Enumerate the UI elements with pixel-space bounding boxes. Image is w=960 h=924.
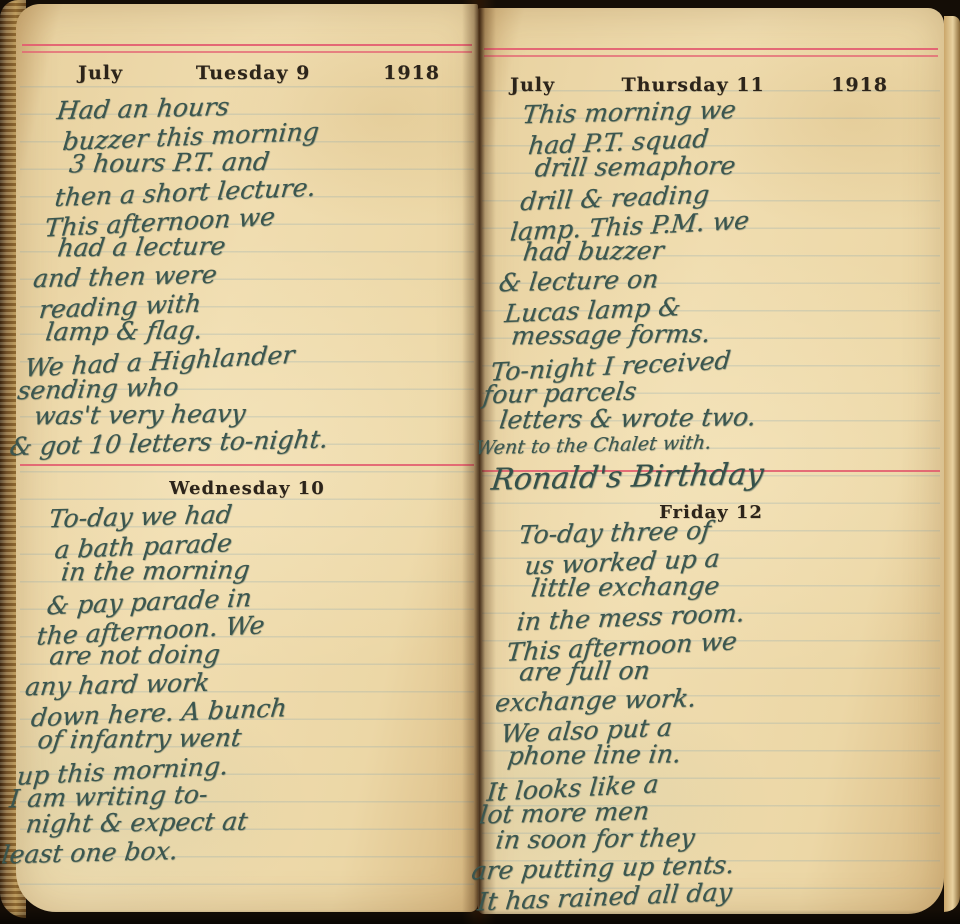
year-label: 1918 (383, 62, 440, 84)
handwritten-entry-wednesday-10: To-day we hada bath paradein the morning… (0, 500, 487, 864)
month-label: July (78, 62, 123, 84)
pink-top-rule (22, 44, 472, 53)
handwritten-entry-tuesday-9: Had an hoursbuzzer this morning3 hours P… (8, 92, 483, 456)
month-label: July (510, 74, 555, 96)
pink-mid-rule (20, 464, 474, 466)
day-label: Thursday 11 (555, 74, 831, 96)
pink-top-rule (484, 48, 938, 57)
handwritten-entry-friday-12: To-day three ofus worked up alittle exch… (466, 516, 960, 908)
handwritten-entry-thursday-11: This morning wehad P.T. squaddrill semap… (475, 96, 955, 454)
page-header: July Tuesday 9 1918 (16, 62, 478, 84)
day-label: Tuesday 9 (123, 62, 383, 84)
